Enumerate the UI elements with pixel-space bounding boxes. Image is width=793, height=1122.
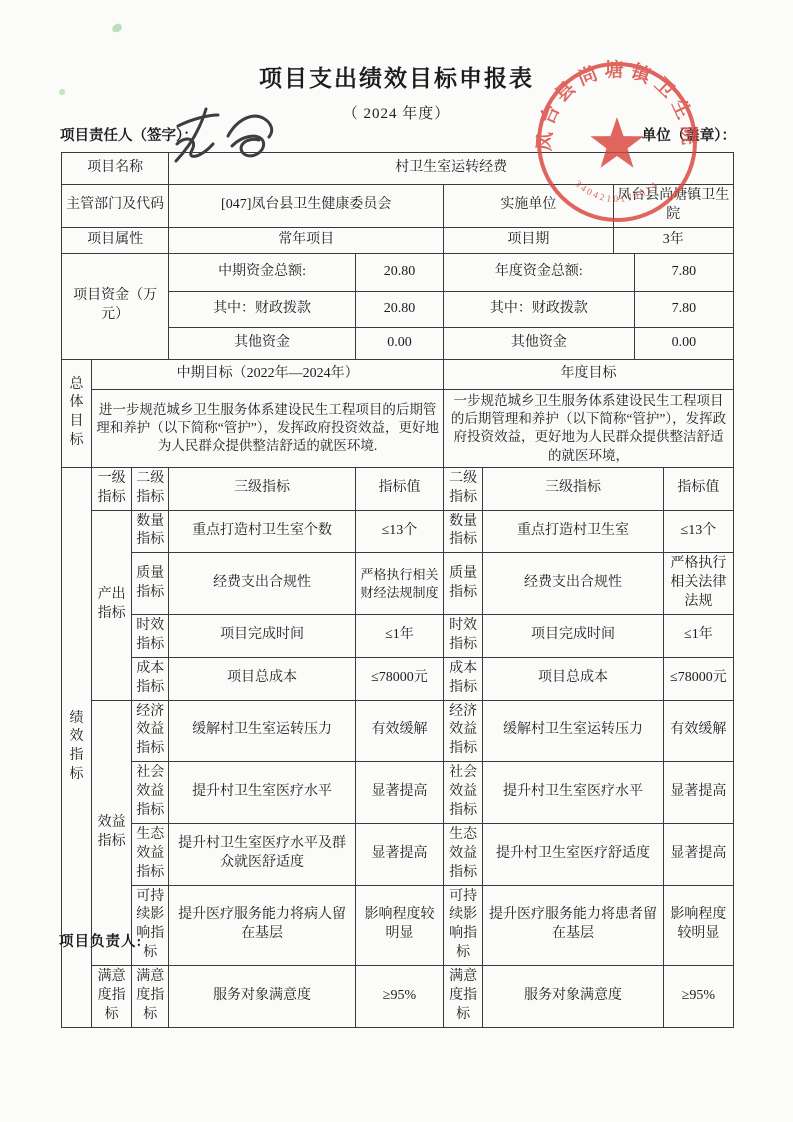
l3-r: 服务对象满意度	[483, 966, 664, 1028]
value-r: 影响程度较明显	[663, 885, 733, 966]
funds-mid-fiscal-value: 20.80	[355, 291, 443, 327]
table-row: 满意度指标 满意度指标 服务对象满意度 ≥95% 满意度指标 服务对象满意度 ≥…	[62, 966, 734, 1028]
attr-label: 项目属性	[62, 227, 169, 253]
table-row: 绩效指标 一级指标 二级指标 三级指标 指标值 二级指标 三级指标 指标值	[62, 467, 734, 510]
table-row: 成本指标 项目总成本 ≤78000元 成本指标 项目总成本 ≤78000元	[62, 657, 734, 700]
value: 有效缓解	[355, 700, 443, 762]
signature-row: 项目责任人（签字）： 单位（盖章）：	[60, 124, 736, 145]
table-row: 项目属性 常年项目 项目期 3年	[62, 227, 734, 253]
l3-r: 项目完成时间	[483, 615, 664, 658]
funds-year-total-value: 7.80	[634, 253, 733, 291]
l2-r: 成本指标	[444, 657, 483, 700]
l2-r: 生态效益指标	[444, 823, 483, 885]
funds-mid-other-value: 0.00	[355, 327, 443, 359]
funds-mid-total-value: 20.80	[355, 253, 443, 291]
value-r: ≥95%	[663, 966, 733, 1028]
head-level3: 三级指标	[169, 467, 356, 510]
l3-r: 提升医疗服务能力将患者留在基层	[483, 885, 664, 966]
l2: 数量指标	[132, 510, 169, 553]
table-row: 可持续影响指标 提升医疗服务能力将病人留在基层 影响程度较明显 可持续影响指标 …	[62, 885, 734, 966]
table-row: 产出指标 数量指标 重点打造村卫生室个数 ≤13个 数量指标 重点打造村卫生室 …	[62, 510, 734, 553]
table-row: 时效指标 项目完成时间 ≤1年 时效指标 项目完成时间 ≤1年	[62, 615, 734, 658]
l2: 时效指标	[132, 615, 169, 658]
l3: 项目总成本	[169, 657, 356, 700]
scan-artifact	[111, 23, 123, 34]
group-satisfaction: 满意度指标	[92, 966, 132, 1028]
funds-mid-fiscal-label: 其中：财政拨款	[169, 291, 356, 327]
funds-year-other-label: 其他资金	[444, 327, 635, 359]
head-level2: 二级指标	[132, 467, 169, 510]
head-value-r: 指标值	[663, 467, 733, 510]
l2: 社会效益指标	[132, 762, 169, 824]
table-row: 生态效益指标 提升村卫生室医疗水平及群众就医舒适度 显著提高 生态效益指标 提升…	[62, 823, 734, 885]
l2-r: 经济效益指标	[444, 700, 483, 762]
l2: 可持续影响指标	[132, 885, 169, 966]
l3: 服务对象满意度	[169, 966, 356, 1028]
l2: 质量指标	[132, 553, 169, 615]
value-r: 严格执行相关法律法规	[663, 553, 733, 615]
table-row: 质量指标 经费支出合规性 严格执行相关财经法规制度 质量指标 经费支出合规性 严…	[62, 553, 734, 615]
attr-value: 常年项目	[169, 227, 444, 253]
mid-goal-text: 进一步规范城乡卫生服务体系建设民生工程项目的后期管理和养护（以下简称“管护”），…	[92, 389, 444, 467]
l3: 重点打造村卫生室个数	[169, 510, 356, 553]
overall-goal-label: 总体目标	[62, 359, 92, 467]
funds-year-other-value: 0.00	[634, 327, 733, 359]
head-level3-r: 三级指标	[483, 467, 664, 510]
value-r: ≤1年	[663, 615, 733, 658]
document-page: 项目支出绩效目标申报表 （ 2024 年度） 项目责任人（签字）： 单位（盖章）…	[0, 0, 793, 1122]
l2-r: 质量指标	[444, 553, 483, 615]
year-goal-text: 一步规范城乡卫生服务体系建设民生工程项目的后期管理和养护（以下简称“管护”），发…	[444, 389, 734, 467]
funds-mid-total-label: 中期资金总额:	[169, 253, 356, 291]
l2: 生态效益指标	[132, 823, 169, 885]
page-subtitle: （ 2024 年度）	[0, 102, 793, 123]
l3-r: 提升村卫生室医疗舒适度	[483, 823, 664, 885]
group-output: 产出指标	[92, 510, 132, 700]
l2: 经济效益指标	[132, 700, 169, 762]
l3: 提升村卫生室医疗水平	[169, 762, 356, 824]
l3: 提升村卫生室医疗水平及群众就医舒适度	[169, 823, 356, 885]
project-manager-label: 项目负责人:	[59, 930, 142, 951]
group-benefit: 效益指标	[92, 700, 132, 966]
l3-r: 缓解村卫生室运转压力	[483, 700, 664, 762]
table-row: 主管部门及代码 [047]凤台县卫生健康委员会 实施单位 凤台县尚塘镇卫生院	[62, 185, 734, 228]
l3: 项目完成时间	[169, 615, 356, 658]
l3: 缓解村卫生室运转压力	[169, 700, 356, 762]
unit-stamp-label: 单位（盖章）：	[642, 124, 736, 145]
impl-unit-value: 凤台县尚塘镇卫生院	[613, 185, 733, 228]
table-row: 进一步规范城乡卫生服务体系建设民生工程项目的后期管理和养护（以下简称“管护”），…	[62, 389, 734, 467]
l2: 成本指标	[132, 657, 169, 700]
value: 显著提高	[355, 823, 443, 885]
funds-label: 项目资金（万元）	[62, 253, 169, 359]
dept-value: [047]凤台县卫生健康委员会	[169, 185, 444, 228]
value: ≤13个	[355, 510, 443, 553]
value-r: 有效缓解	[663, 700, 733, 762]
table-row: 项目资金（万元） 中期资金总额: 20.80 年度资金总额: 7.80	[62, 253, 734, 291]
handwritten-signature	[166, 104, 284, 170]
l2-r: 时效指标	[444, 615, 483, 658]
value-r: 显著提高	[663, 823, 733, 885]
funds-year-total-label: 年度资金总额:	[444, 253, 635, 291]
project-name-label: 项目名称	[62, 153, 169, 185]
l3: 经费支出合规性	[169, 553, 356, 615]
value: 影响程度较明显	[355, 885, 443, 966]
mid-goal-header: 中期目标（2022年—2024年）	[92, 359, 444, 389]
l2-r: 数量指标	[444, 510, 483, 553]
year-goal-header: 年度目标	[444, 359, 734, 389]
l2-r: 满意度指标	[444, 966, 483, 1028]
head-level2-r: 二级指标	[444, 467, 483, 510]
page-title: 项目支出绩效目标申报表	[0, 60, 793, 93]
l2-r: 社会效益指标	[444, 762, 483, 824]
head-value: 指标值	[355, 467, 443, 510]
table-row: 项目名称 村卫生室运转经费	[62, 153, 734, 185]
funds-mid-other-label: 其他资金	[169, 327, 356, 359]
l3-r: 项目总成本	[483, 657, 664, 700]
period-value: 3年	[613, 227, 733, 253]
funds-year-fiscal-label: 其中：财政拨款	[444, 291, 635, 327]
l3-r: 经费支出合规性	[483, 553, 664, 615]
l2: 满意度指标	[132, 966, 169, 1028]
l2-r: 可持续影响指标	[444, 885, 483, 966]
dept-label: 主管部门及代码	[62, 185, 169, 228]
head-level1: 一级指标	[92, 467, 132, 510]
value: 显著提高	[355, 762, 443, 824]
funds-year-fiscal-value: 7.80	[634, 291, 733, 327]
value-r: ≤13个	[663, 510, 733, 553]
impl-unit-label: 实施单位	[444, 185, 613, 228]
value-r: 显著提高	[663, 762, 733, 824]
table-row: 社会效益指标 提升村卫生室医疗水平 显著提高 社会效益指标 提升村卫生室医疗水平…	[62, 762, 734, 824]
l3: 提升医疗服务能力将病人留在基层	[169, 885, 356, 966]
value: 严格执行相关财经法规制度	[355, 553, 443, 615]
declaration-form-table: 项目名称 村卫生室运转经费 主管部门及代码 [047]凤台县卫生健康委员会 实施…	[61, 152, 734, 1028]
value: ≤1年	[355, 615, 443, 658]
value-r: ≤78000元	[663, 657, 733, 700]
l3-r: 重点打造村卫生室	[483, 510, 664, 553]
value: ≤78000元	[355, 657, 443, 700]
table-row: 效益指标 经济效益指标 缓解村卫生室运转压力 有效缓解 经济效益指标 缓解村卫生…	[62, 700, 734, 762]
table-row: 总体目标 中期目标（2022年—2024年） 年度目标	[62, 359, 734, 389]
period-label: 项目期	[444, 227, 613, 253]
value: ≥95%	[355, 966, 443, 1028]
l3-r: 提升村卫生室医疗水平	[483, 762, 664, 824]
